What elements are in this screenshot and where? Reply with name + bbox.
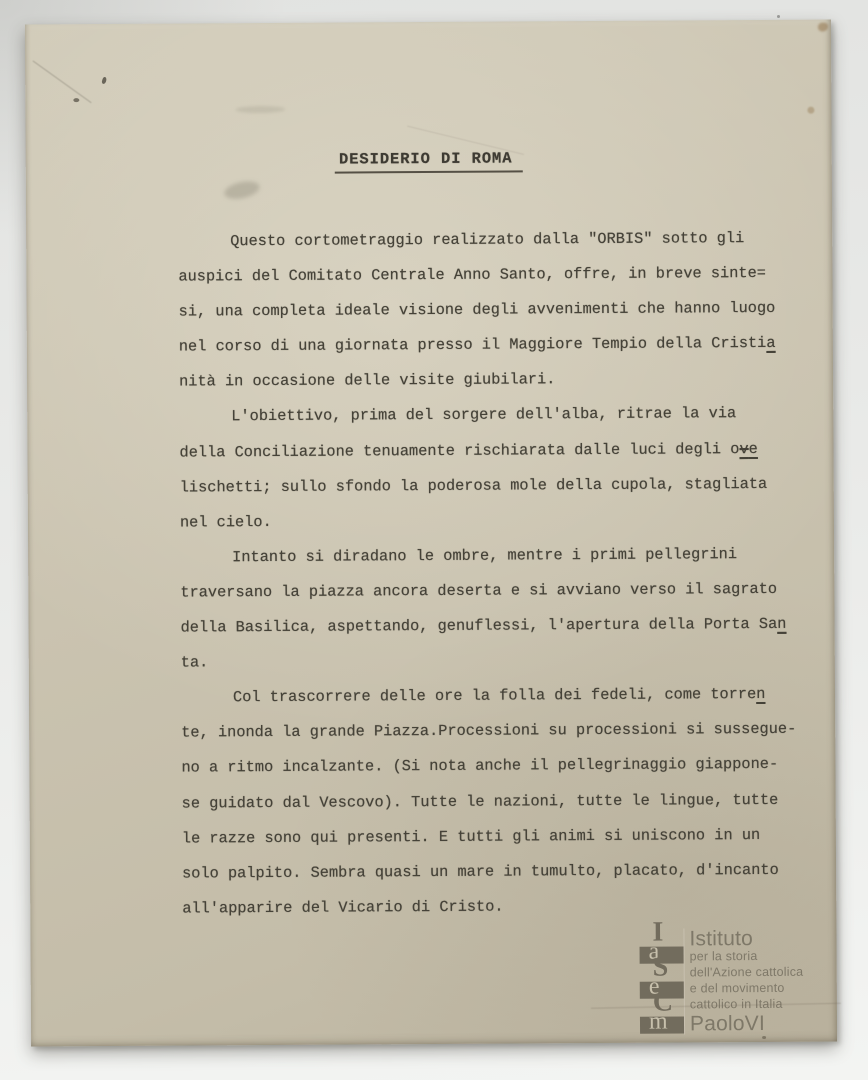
text-line: solo palpito. Sembra quasi un mare in tu… (182, 852, 842, 891)
watermark-line: per la storia (690, 949, 820, 965)
gray-smear (235, 106, 285, 113)
watermark-line: e del movimento (690, 981, 820, 997)
text-line: auspici del Comitato Centrale Anno Santo… (178, 256, 838, 295)
text-line: Intanto si diradano le ombre, mentre i p… (180, 536, 840, 575)
watermark-line: cattolico in Italia (690, 997, 820, 1013)
watermark-text: Istitutoper la storiadell'Azione cattoli… (683, 928, 820, 1035)
ink-speck (73, 98, 79, 102)
ink-speck (762, 1036, 766, 1039)
text-line: lischetti; sullo sfondo la poderosa mole… (180, 466, 840, 505)
monogram-letter: m (640, 1016, 684, 1034)
title-row: DESIDERIO DI ROMA (26, 148, 832, 176)
text-line: traversano la piazza ancora deserta e si… (180, 571, 840, 610)
archive-watermark: IaSeCm Istitutoper la storiadell'Azione … (639, 928, 820, 1035)
ink-smudge (223, 178, 262, 201)
text-line: L'obiettivo, prima del sorgere dell'alba… (179, 396, 839, 435)
isacem-monogram: IaSeCm (639, 928, 684, 1034)
photo-background: DESIDERIO DI ROMA Questo cortometraggio … (0, 0, 868, 1080)
text-line: all'apparire del Vicario di Cristo. (182, 887, 842, 926)
dust-speck (777, 15, 780, 18)
text-line: nel corso di una giornata presso il Magg… (179, 326, 839, 365)
text-line: nel cielo. (180, 501, 840, 540)
text-line: no a ritmo incalzante. (Si nota anche il… (181, 747, 841, 786)
watermark-line: dell'Azione cattolica (690, 965, 820, 981)
watermark-line: Istituto (689, 928, 819, 950)
brown-stain (818, 23, 828, 32)
text-line: Col trascorrere delle ore la folla dei f… (181, 677, 841, 716)
brown-stain (807, 107, 814, 114)
text-line: te, inonda la grande Piazza.Processioni … (181, 712, 841, 751)
text-line: le razze sono qui presenti. E tutti gli … (182, 817, 842, 856)
watermark-line: PaoloVI (690, 1013, 820, 1035)
monogram-letter: S (640, 963, 684, 981)
text-line: nità in occasione delle visite giubilari… (179, 361, 839, 400)
document-page: DESIDERIO DI ROMA Questo cortometraggio … (25, 20, 837, 1047)
pencil-scratch (33, 60, 92, 103)
monogram-letter: I (639, 928, 683, 946)
text-line: se guidato dal Vescovo). Tutte le nazion… (182, 782, 842, 821)
page-title: DESIDERIO DI ROMA (335, 149, 523, 173)
text-line: della Basilica, aspettando, genuflessi, … (180, 607, 840, 646)
text-line: Questo cortometraggio realizzato dalla "… (178, 221, 838, 260)
text-line: della Conciliazione tenuamente rischiara… (179, 431, 839, 470)
text-line: ta. (181, 642, 841, 681)
typewritten-text: Questo cortometraggio realizzato dalla "… (178, 221, 842, 927)
text-line: si, una completa ideale visione degli av… (179, 291, 839, 330)
ink-speck (101, 77, 107, 85)
